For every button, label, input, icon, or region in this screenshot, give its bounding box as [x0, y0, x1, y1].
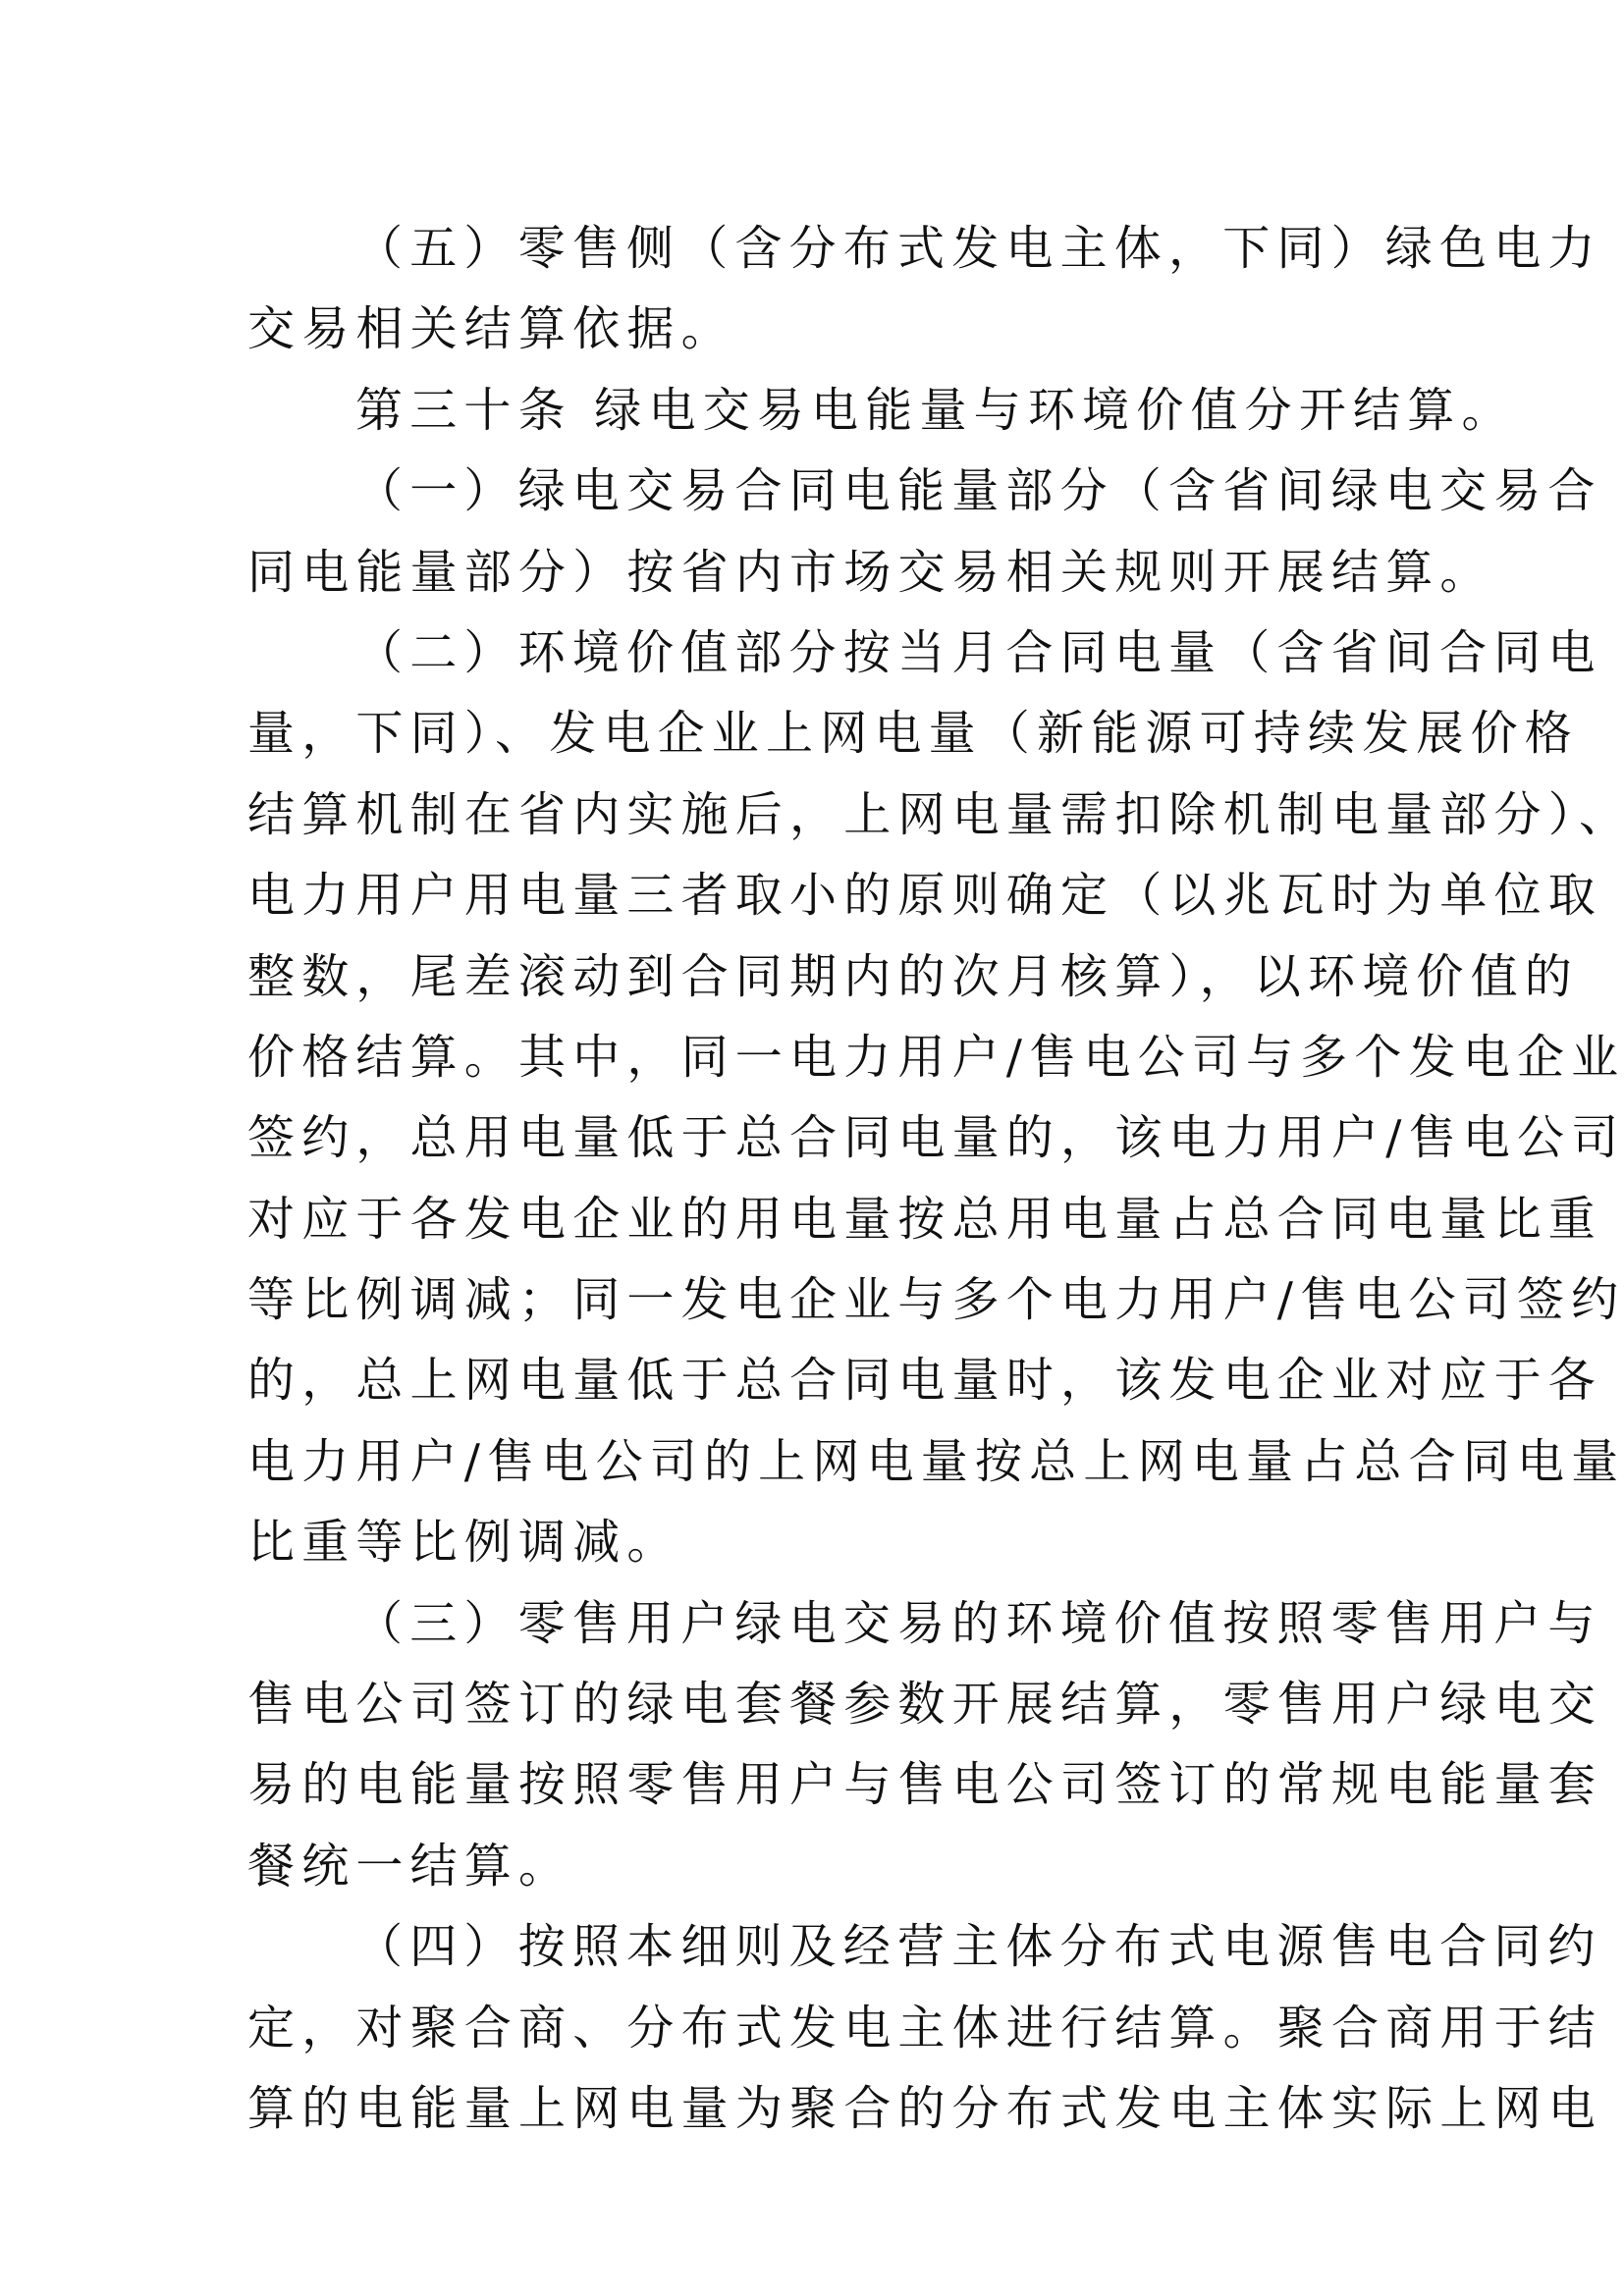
paragraph-line: 餐统一结算。	[247, 1826, 1396, 1906]
paragraph-line: （二）环境价值部分按当月合同电量（含省间合同电	[247, 613, 1396, 693]
paragraph-line: 量，下同）、发电企业上网电量（新能源可持续发展价格	[247, 693, 1396, 774]
paragraph-line: 交易相关结算依据。	[247, 289, 1396, 369]
paragraph-line: 对应于各发电企业的用电量按总用电量占总合同电量比重	[247, 1179, 1396, 1259]
paragraph-line: 售电公司签订的绿电套餐参数开展结算，零售用户绿电交	[247, 1664, 1396, 1744]
paragraph-line: 比重等比例调减。	[247, 1502, 1396, 1582]
paragraph-line: （一）绿电交易合同电能量部分（含省间绿电交易合	[247, 451, 1396, 531]
paragraph-line: 结算机制在省内实施后，上网电量需扣除机制电量部分）、	[247, 774, 1396, 855]
paragraph-line: （五）零售侧（含分布式发电主体，下同）绿色电力	[247, 208, 1396, 289]
article-heading: 第三十条 绿电交易电能量与环境价值分开结算。	[247, 370, 1396, 451]
paragraph-line: （三）零售用户绿电交易的环境价值按照零售用户与	[247, 1583, 1396, 1664]
paragraph-line: 整数，尾差滚动到合同期内的次月核算），以环境价值的	[247, 936, 1396, 1017]
document-page: （五）零售侧（含分布式发电主体，下同）绿色电力 交易相关结算依据。 第三十条 绿…	[0, 0, 1624, 2296]
paragraph-line: 等比例调减；同一发电企业与多个电力用户/售电公司签约	[247, 1259, 1396, 1340]
paragraph-line: 电力用户/售电公司的上网电量按总上网电量占总合同电量	[247, 1421, 1396, 1502]
paragraph-line: 易的电能量按照零售用户与售电公司签订的常规电能量套	[247, 1744, 1396, 1825]
document-body: （五）零售侧（含分布式发电主体，下同）绿色电力 交易相关结算依据。 第三十条 绿…	[247, 208, 1396, 2149]
paragraph-line: 同电能量部分）按省内市场交易相关规则开展结算。	[247, 532, 1396, 613]
paragraph-line: 价格结算。其中，同一电力用户/售电公司与多个发电企业	[247, 1017, 1396, 1097]
paragraph-line: 签约，总用电量低于总合同电量的，该电力用户/售电公司	[247, 1097, 1396, 1178]
paragraph-line: 电力用户用电量三者取小的原则确定（以兆瓦时为单位取	[247, 855, 1396, 935]
paragraph-line: 算的电能量上网电量为聚合的分布式发电主体实际上网电	[247, 2068, 1396, 2149]
paragraph-line: （四）按照本细则及经营主体分布式电源售电合同约	[247, 1906, 1396, 1987]
paragraph-line: 定，对聚合商、分布式发电主体进行结算。聚合商用于结	[247, 1988, 1396, 2068]
paragraph-line: 的，总上网电量低于总合同电量时，该发电企业对应于各	[247, 1340, 1396, 1420]
